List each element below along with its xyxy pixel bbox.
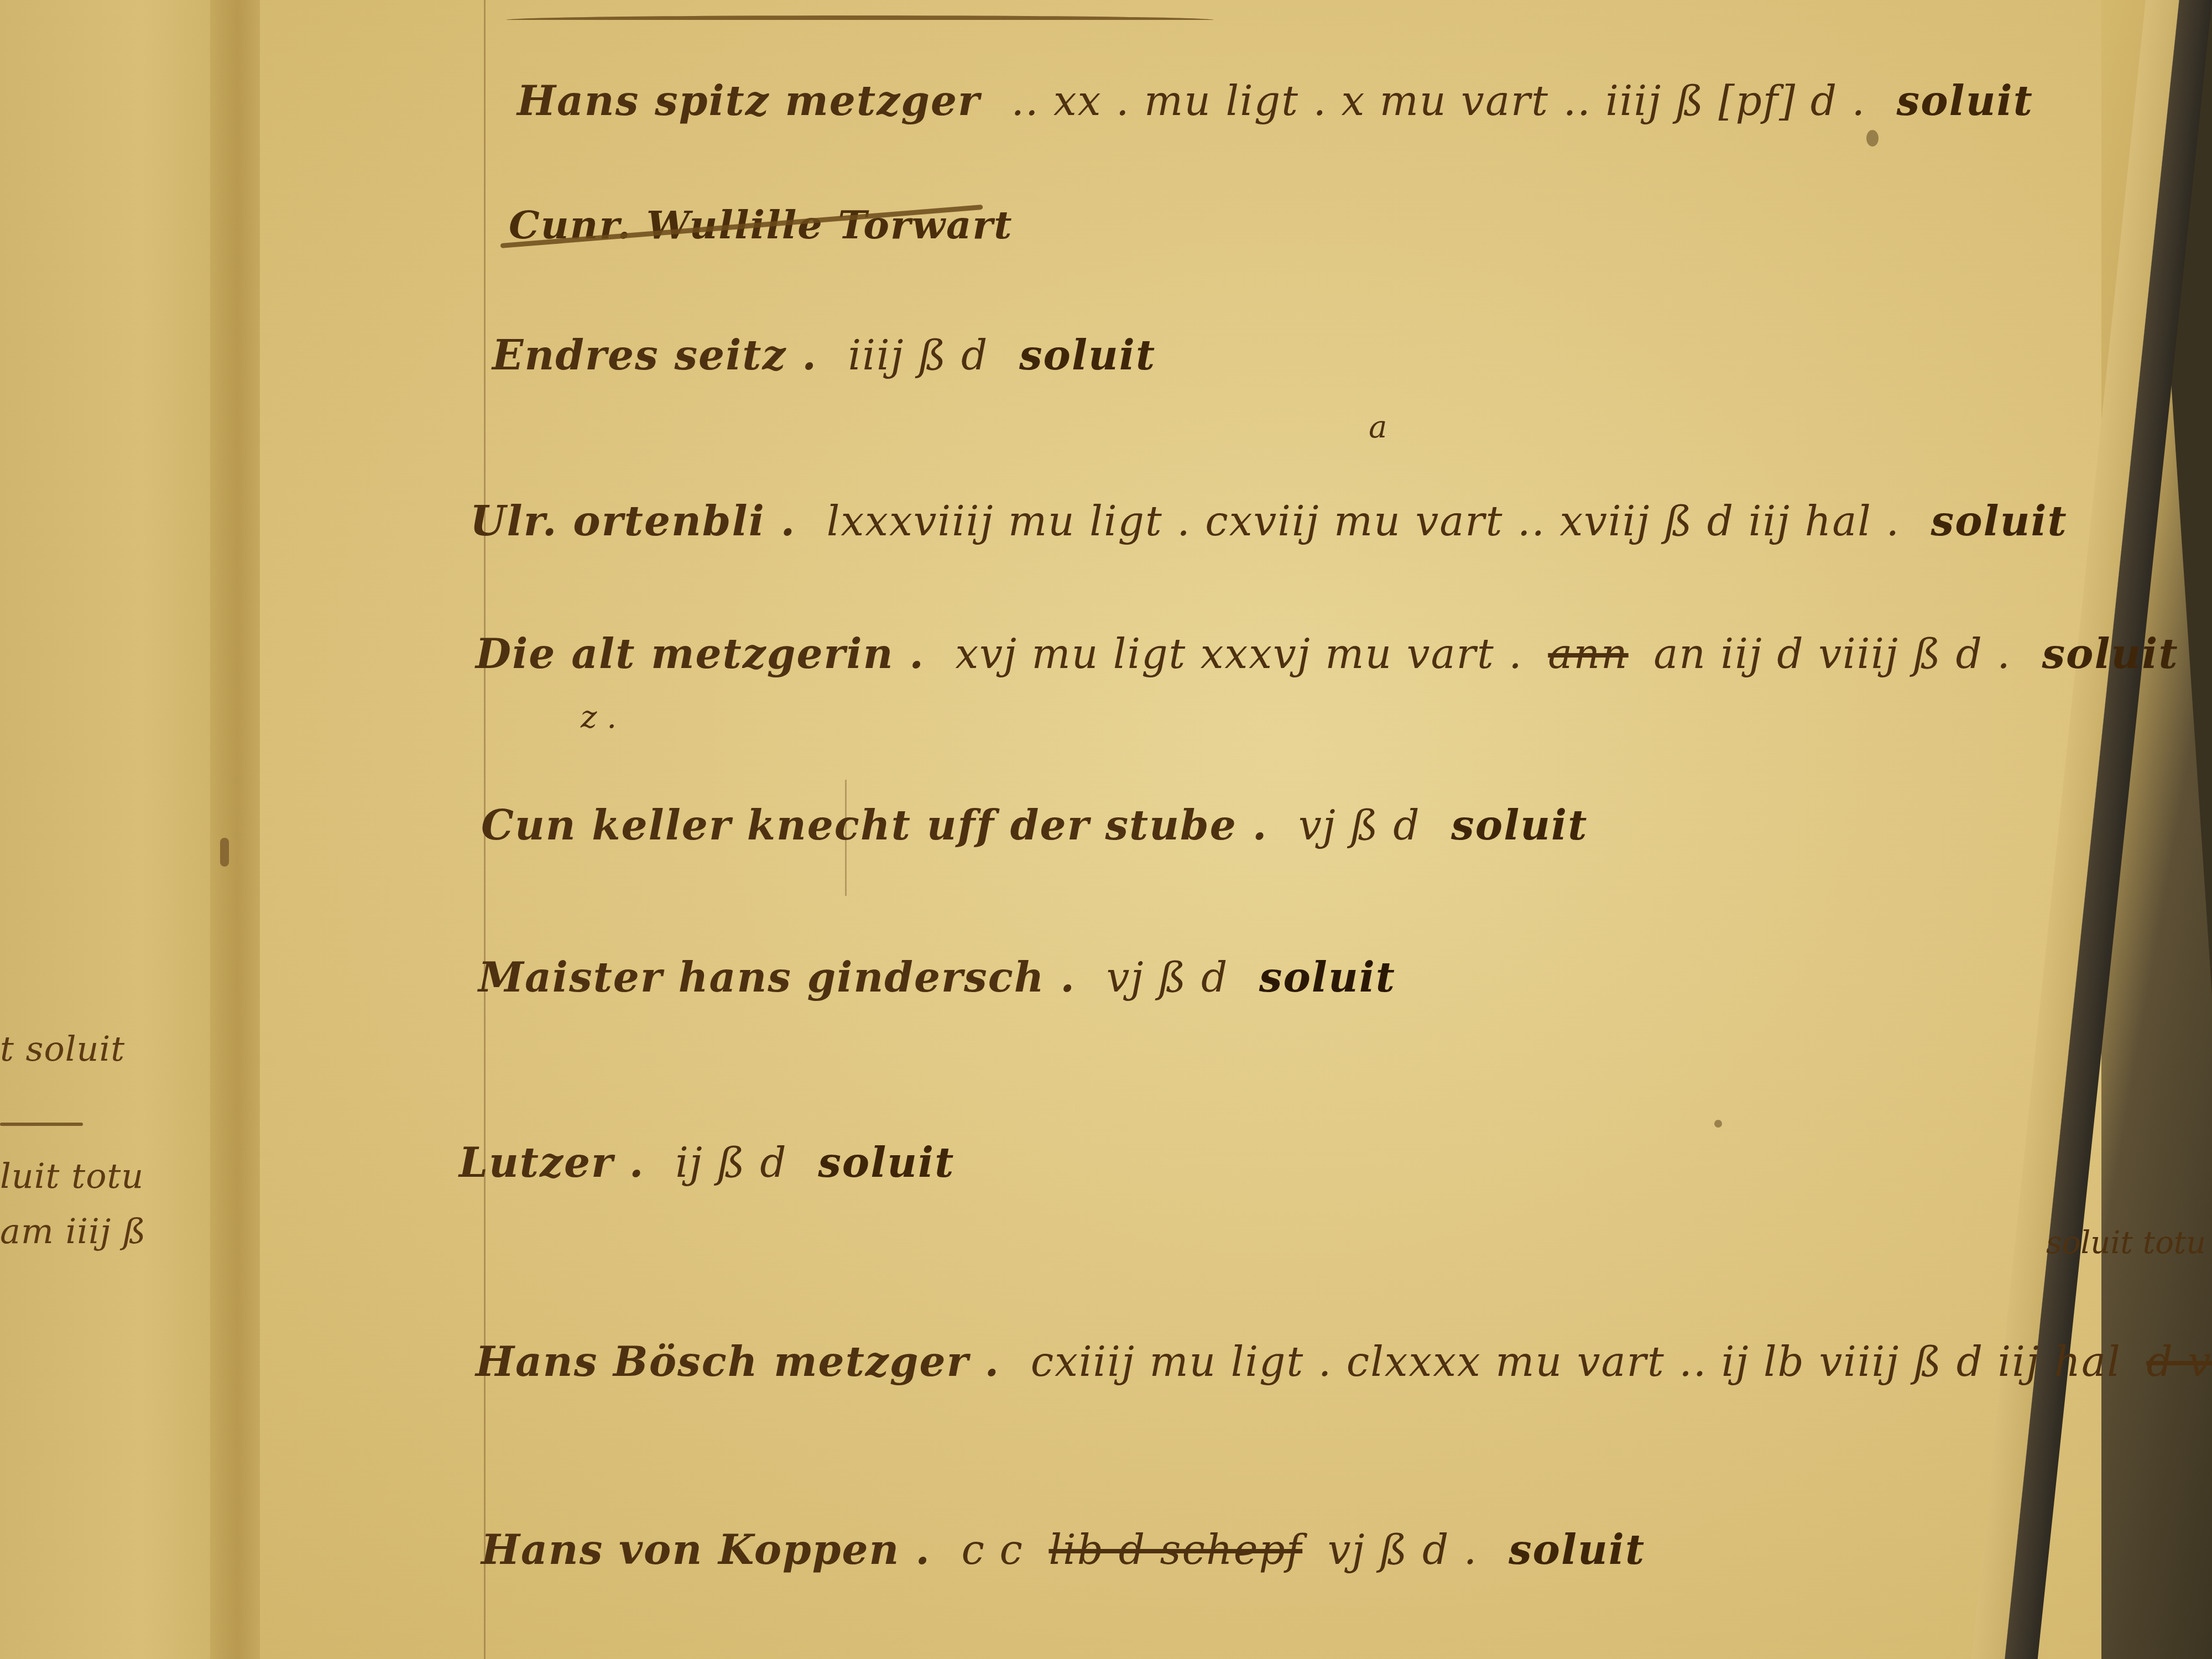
entry-status: soluit [1931,498,2068,545]
ledger-entry: Maister hans gindersch . vj ß d soluit [478,954,1396,1001]
entry-amount: cxiiij mu ligt . clxxxx mu vart .. ij lb… [1031,1338,2121,1386]
ledger-entry: Hans spitz metzger .. xx . mu ligt . x m… [517,77,2033,125]
entry-amount: lxxxviiij mu ligt . cxviij mu vart .. xv… [827,498,1900,545]
binding-stitch [220,838,229,867]
left-margin-line: luit totu [0,1156,144,1196]
entry-name: Die alt metzgerin . [476,630,925,678]
margin-note: soluit totu [2046,1225,2206,1261]
entry-name: Cun keller knecht uff der stube . [481,802,1267,849]
entry-amount: iiij ß d [848,332,989,379]
below-mark: z . [581,700,617,735]
left-margin-rule [0,1123,83,1126]
ledger-entry: Endres seitz . iiij ß d soluit [492,332,1156,379]
left-margin-line: t soluit [0,1029,125,1069]
entry-name: Ulr. ortenbli . [470,498,796,545]
entry-status: soluit [1019,332,1156,379]
entry-name: Hans Bösch metzger . [476,1338,1000,1386]
struck-text: ann [1548,630,1628,678]
struck-text: d viij [2146,1338,2212,1386]
entry-name: Maister hans gindersch . [478,954,1076,1001]
entry-amount: ij ß d [675,1139,787,1187]
ink-stain [1866,130,1879,147]
entry-amount-2: an iij d viiij ß d . [1653,630,2011,678]
entry-amount: xvj mu ligt xxxvj mu vart . [956,630,1523,678]
entry-status: soluit [1509,1526,1645,1574]
ledger-entry: Hans Bösch metzger . cxiiij mu ligt . cl… [476,1338,2212,1386]
entry-status: soluit [1451,802,1588,849]
entry-name: Lutzer . [459,1139,645,1187]
entry-amount: vj ß d [1298,802,1421,849]
entry-name: Hans von Koppen . [481,1526,931,1574]
ink-stain [1714,1120,1722,1128]
ledger-entry: Hans von Koppen . c c lib d schepf vj ß … [481,1526,1645,1574]
entry-amount-2: vj ß d . [1328,1526,1478,1574]
superscript-mark: a [1369,409,1387,445]
entry-name: Endres seitz . [492,332,817,379]
entry-amount: .. xx . mu ligt . x mu vart .. iiij ß [p… [1011,77,1866,125]
ledger-entry: Cun keller knecht uff der stube . vj ß d… [481,802,1588,849]
entry-status: soluit [1259,954,1396,1001]
top-section-rule [506,15,1214,24]
entry-amount: c c [961,1526,1023,1574]
ledger-entry: Die alt metzgerin . xvj mu ligt xxxvj mu… [476,630,2179,678]
entry-name: Hans spitz metzger [517,77,980,125]
struck-text: lib d schepf [1048,1526,1302,1574]
entry-status: soluit [1897,77,2033,125]
entry-amount: vj ß d [1107,954,1229,1001]
entry-status: soluit [818,1139,954,1187]
entry-status: soluit [2042,630,2178,678]
left-margin-line: am iiij ß [0,1211,146,1251]
ledger-entry: Ulr. ortenbli . lxxxviiij mu ligt . cxvi… [470,498,2068,545]
ledger-entry: Lutzer . ij ß d soluit [459,1139,954,1187]
